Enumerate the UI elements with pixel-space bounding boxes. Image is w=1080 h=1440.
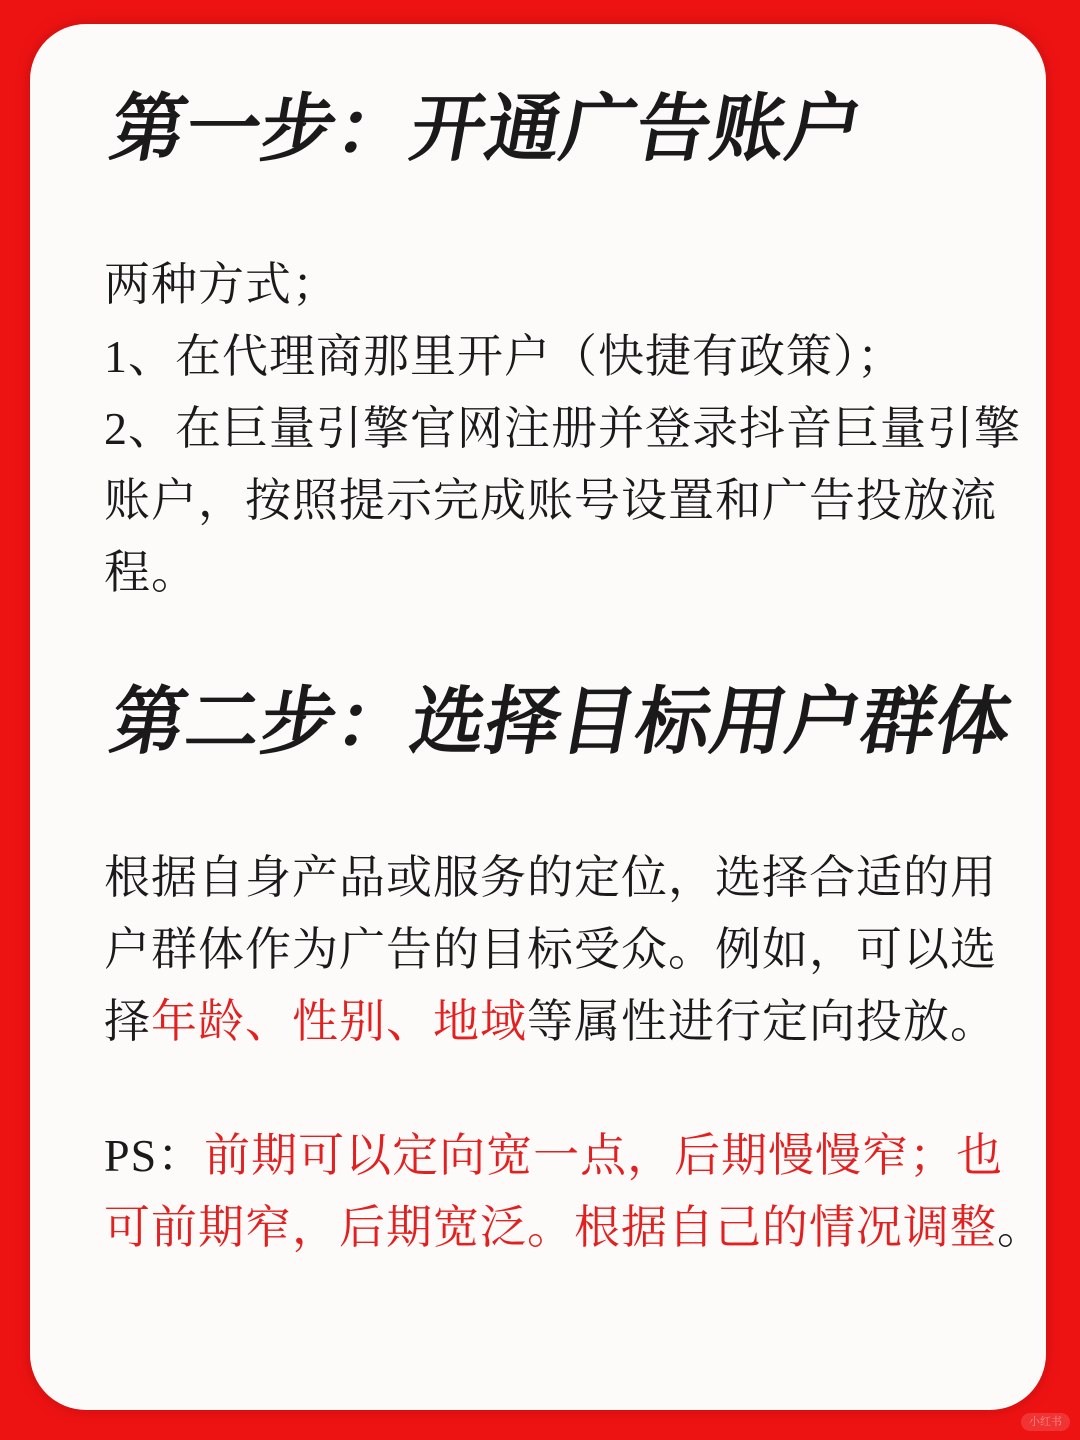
card-content: 第一步：开通广告账户 两种方式；1、在代理商那里开户（快捷有政策）；2、在巨量引… bbox=[30, 24, 1046, 1264]
step2-body: 根据自身产品或服务的定位，选择合适的用户群体作为广告的目标受众。例如，可以选择年… bbox=[104, 842, 990, 1264]
content-card: 第一步：开通广告账户 两种方式；1、在代理商那里开户（快捷有政策）；2、在巨量引… bbox=[30, 24, 1046, 1410]
ps-note: PS：前期可以定向宽一点，后期慢慢窄；也可前期窄，后期宽泛。根据自己的情况调整。 bbox=[104, 1120, 990, 1264]
text-line: 可前期窄，后期宽泛。根据自己的情况调整。 bbox=[104, 1192, 990, 1264]
text-line: 1、在代理商那里开户（快捷有政策）； bbox=[104, 321, 990, 393]
text-segment: 户群体作为广告的目标受众。例如，可以选 bbox=[104, 924, 997, 975]
text-segment: PS： bbox=[104, 1130, 204, 1181]
text-line: 2、在巨量引擎官网注册并登录抖音巨量引擎 bbox=[104, 393, 990, 465]
text-segment: 。 bbox=[997, 1202, 1044, 1253]
text-segment: 根据自身产品或服务的定位，选择合适的用 bbox=[104, 852, 997, 903]
targeting-paragraph: 根据自身产品或服务的定位，选择合适的用户群体作为广告的目标受众。例如，可以选择年… bbox=[104, 842, 990, 1058]
text-line: 根据自身产品或服务的定位，选择合适的用 bbox=[104, 842, 990, 914]
text-line: 两种方式； bbox=[104, 249, 990, 321]
step1-title: 第一步：开通广告账户 bbox=[104, 88, 1005, 173]
text-segment: 程。 bbox=[104, 547, 198, 598]
highlight-text: 前期可以定向宽一点，后期慢慢窄；也 bbox=[204, 1130, 1003, 1181]
xiaohongshu-watermark: 小红书 bbox=[1021, 1413, 1070, 1431]
step1-body: 两种方式；1、在代理商那里开户（快捷有政策）；2、在巨量引擎官网注册并登录抖音巨… bbox=[104, 249, 990, 609]
text-line: 账户，按照提示完成账号设置和广告投放流 bbox=[104, 465, 990, 537]
highlight-text: 可前期窄，后期宽泛。根据自己的情况调整 bbox=[104, 1202, 997, 1253]
page-frame: { "colors": { "frame_red": "#ee1313", "c… bbox=[0, 0, 1080, 1440]
text-segment: 1、在代理商那里开户（快捷有政策）； bbox=[104, 331, 904, 382]
text-segment: 等属性进行定向投放。 bbox=[527, 996, 997, 1047]
section-step2: 第二步：选择目标用户群体 根据自身产品或服务的定位，选择合适的用户群体作为广告的… bbox=[104, 681, 990, 1264]
text-segment: 2、在巨量引擎官网注册并登录抖音巨量引擎 bbox=[104, 403, 1021, 454]
text-segment: 账户，按照提示完成账号设置和广告投放流 bbox=[104, 475, 997, 526]
text-line: 程。 bbox=[104, 537, 990, 609]
section-step1: 第一步：开通广告账户 两种方式；1、在代理商那里开户（快捷有政策）；2、在巨量引… bbox=[104, 88, 990, 609]
text-segment: 两种方式； bbox=[104, 259, 339, 310]
text-segment: 择 bbox=[104, 996, 151, 1047]
step2-title: 第二步：选择目标用户群体 bbox=[104, 681, 1005, 766]
text-line: 择年龄、性别、地域等属性进行定向投放。 bbox=[104, 986, 990, 1058]
text-line: PS：前期可以定向宽一点，后期慢慢窄；也 bbox=[104, 1120, 990, 1192]
account-opening-methods: 两种方式；1、在代理商那里开户（快捷有政策）；2、在巨量引擎官网注册并登录抖音巨… bbox=[104, 249, 990, 609]
text-line: 户群体作为广告的目标受众。例如，可以选 bbox=[104, 914, 990, 986]
highlight-text: 年龄、性别、地域 bbox=[151, 996, 527, 1047]
